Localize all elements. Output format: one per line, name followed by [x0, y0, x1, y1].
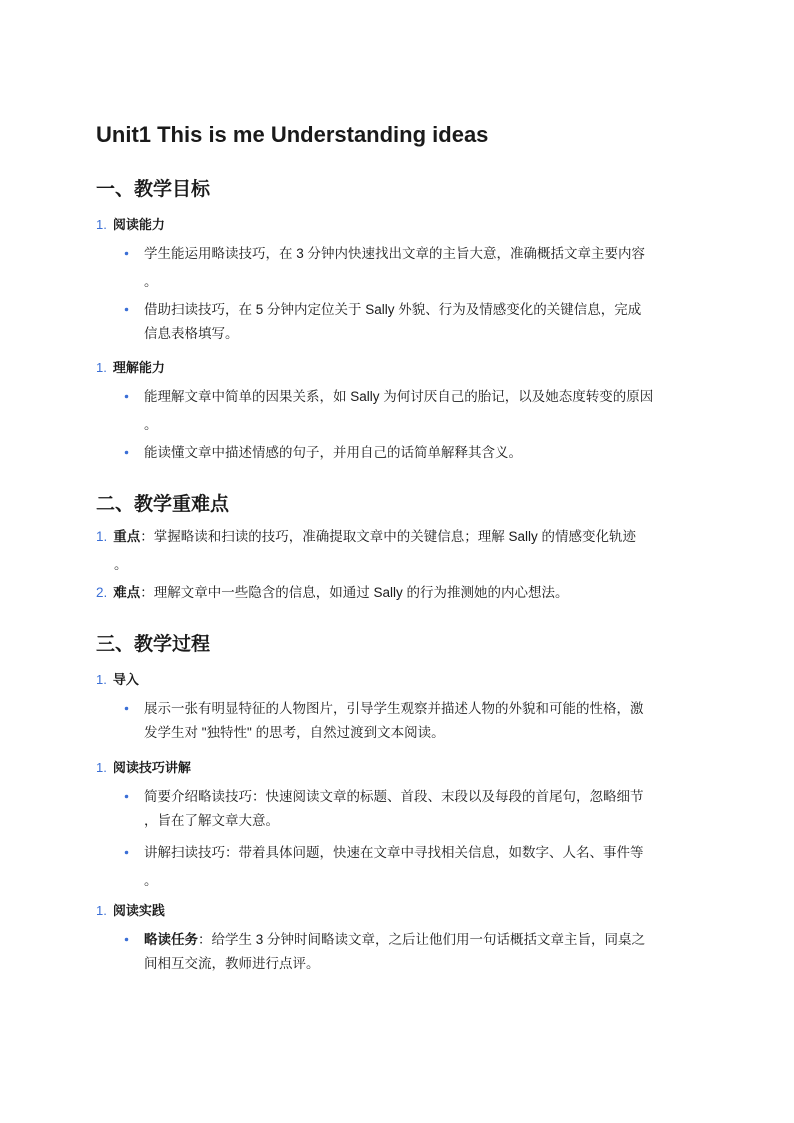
list-number: 1.: [96, 760, 107, 775]
bullet-item: 学生能运用略读技巧，在 3 分钟内快速找出文章的主旨大意，准确概括文章主要内容 …: [124, 240, 698, 296]
bullet-icon: [125, 707, 129, 711]
point-label: 重点: [113, 529, 140, 544]
bullet-item: 简要介绍略读技巧：快速阅读文章的标题、首段、末段以及每段的首尾句，忽略细节 ，旨…: [124, 783, 698, 835]
bullet-item: 能读懂文章中描述情感的句子，并用自己的话简单解释其含义。: [124, 439, 698, 467]
list-item-reading-practice: 1.阅读实践: [96, 900, 165, 919]
section-heading-process: 三、教学过程: [96, 629, 210, 656]
document-title: Unit1 This is me Understanding ideas: [96, 122, 488, 148]
list-item-label: 导入: [113, 672, 139, 687]
bullet-icon: [125, 451, 129, 455]
bullet-item: 借助扫读技巧，在 5 分钟内定位关于 Sally 外貌、行为及情感变化的关键信息…: [124, 296, 698, 348]
list-number: 1.: [96, 903, 107, 918]
bullet-icon: [125, 252, 129, 256]
list-number: 1.: [96, 217, 107, 232]
section-heading-objectives: 一、教学目标: [96, 174, 210, 201]
difficulty-point-item: 2.难点：理解文章中一些隐含的信息，如通过 Sally 的行为推测她的内心想法。: [96, 579, 702, 607]
list-item-label: 阅读能力: [113, 217, 165, 232]
key-point-item: 1.重点：掌握略读和扫读的技巧，准确提取文章中的关键信息；理解 Sally 的情…: [96, 523, 702, 579]
list-item-label: 理解能力: [113, 360, 165, 375]
list-item-reading-skills: 1.阅读技巧讲解: [96, 757, 191, 776]
section-heading-key-points: 二、教学重难点: [96, 489, 229, 516]
list-item-label: 阅读技巧讲解: [113, 760, 191, 775]
list-number: 1.: [96, 529, 107, 544]
bullet-icon: [125, 938, 129, 942]
bullet-icon: [125, 795, 129, 799]
list-number: 1.: [96, 360, 107, 375]
bullet-icon: [125, 851, 129, 855]
list-number: 1.: [96, 672, 107, 687]
point-label: 难点: [113, 585, 140, 600]
bullet-item: 能理解文章中简单的因果关系，如 Sally 为何讨厌自己的胎记，以及她态度转变的…: [124, 383, 698, 439]
list-item-comprehension-ability: 1.理解能力: [96, 357, 165, 376]
task-label: 略读任务: [144, 932, 198, 947]
list-item-introduction: 1.导入: [96, 669, 139, 688]
bullet-icon: [125, 308, 129, 312]
list-number: 2.: [96, 585, 107, 600]
list-item-reading-ability: 1.阅读能力: [96, 214, 165, 233]
bullet-item: 略读任务：给学生 3 分钟时间略读文章，之后让他们用一句话概括文章主旨，同桌之 …: [124, 926, 698, 978]
bullet-item: 展示一张有明显特征的人物图片，引导学生观察并描述人物的外貌和可能的性格，激 发学…: [124, 695, 698, 747]
bullet-icon: [125, 395, 129, 399]
bullet-item: 讲解扫读技巧：带着具体问题，快速在文章中寻找相关信息，如数字、人名、事件等 。: [124, 839, 698, 895]
list-item-label: 阅读实践: [113, 903, 165, 918]
